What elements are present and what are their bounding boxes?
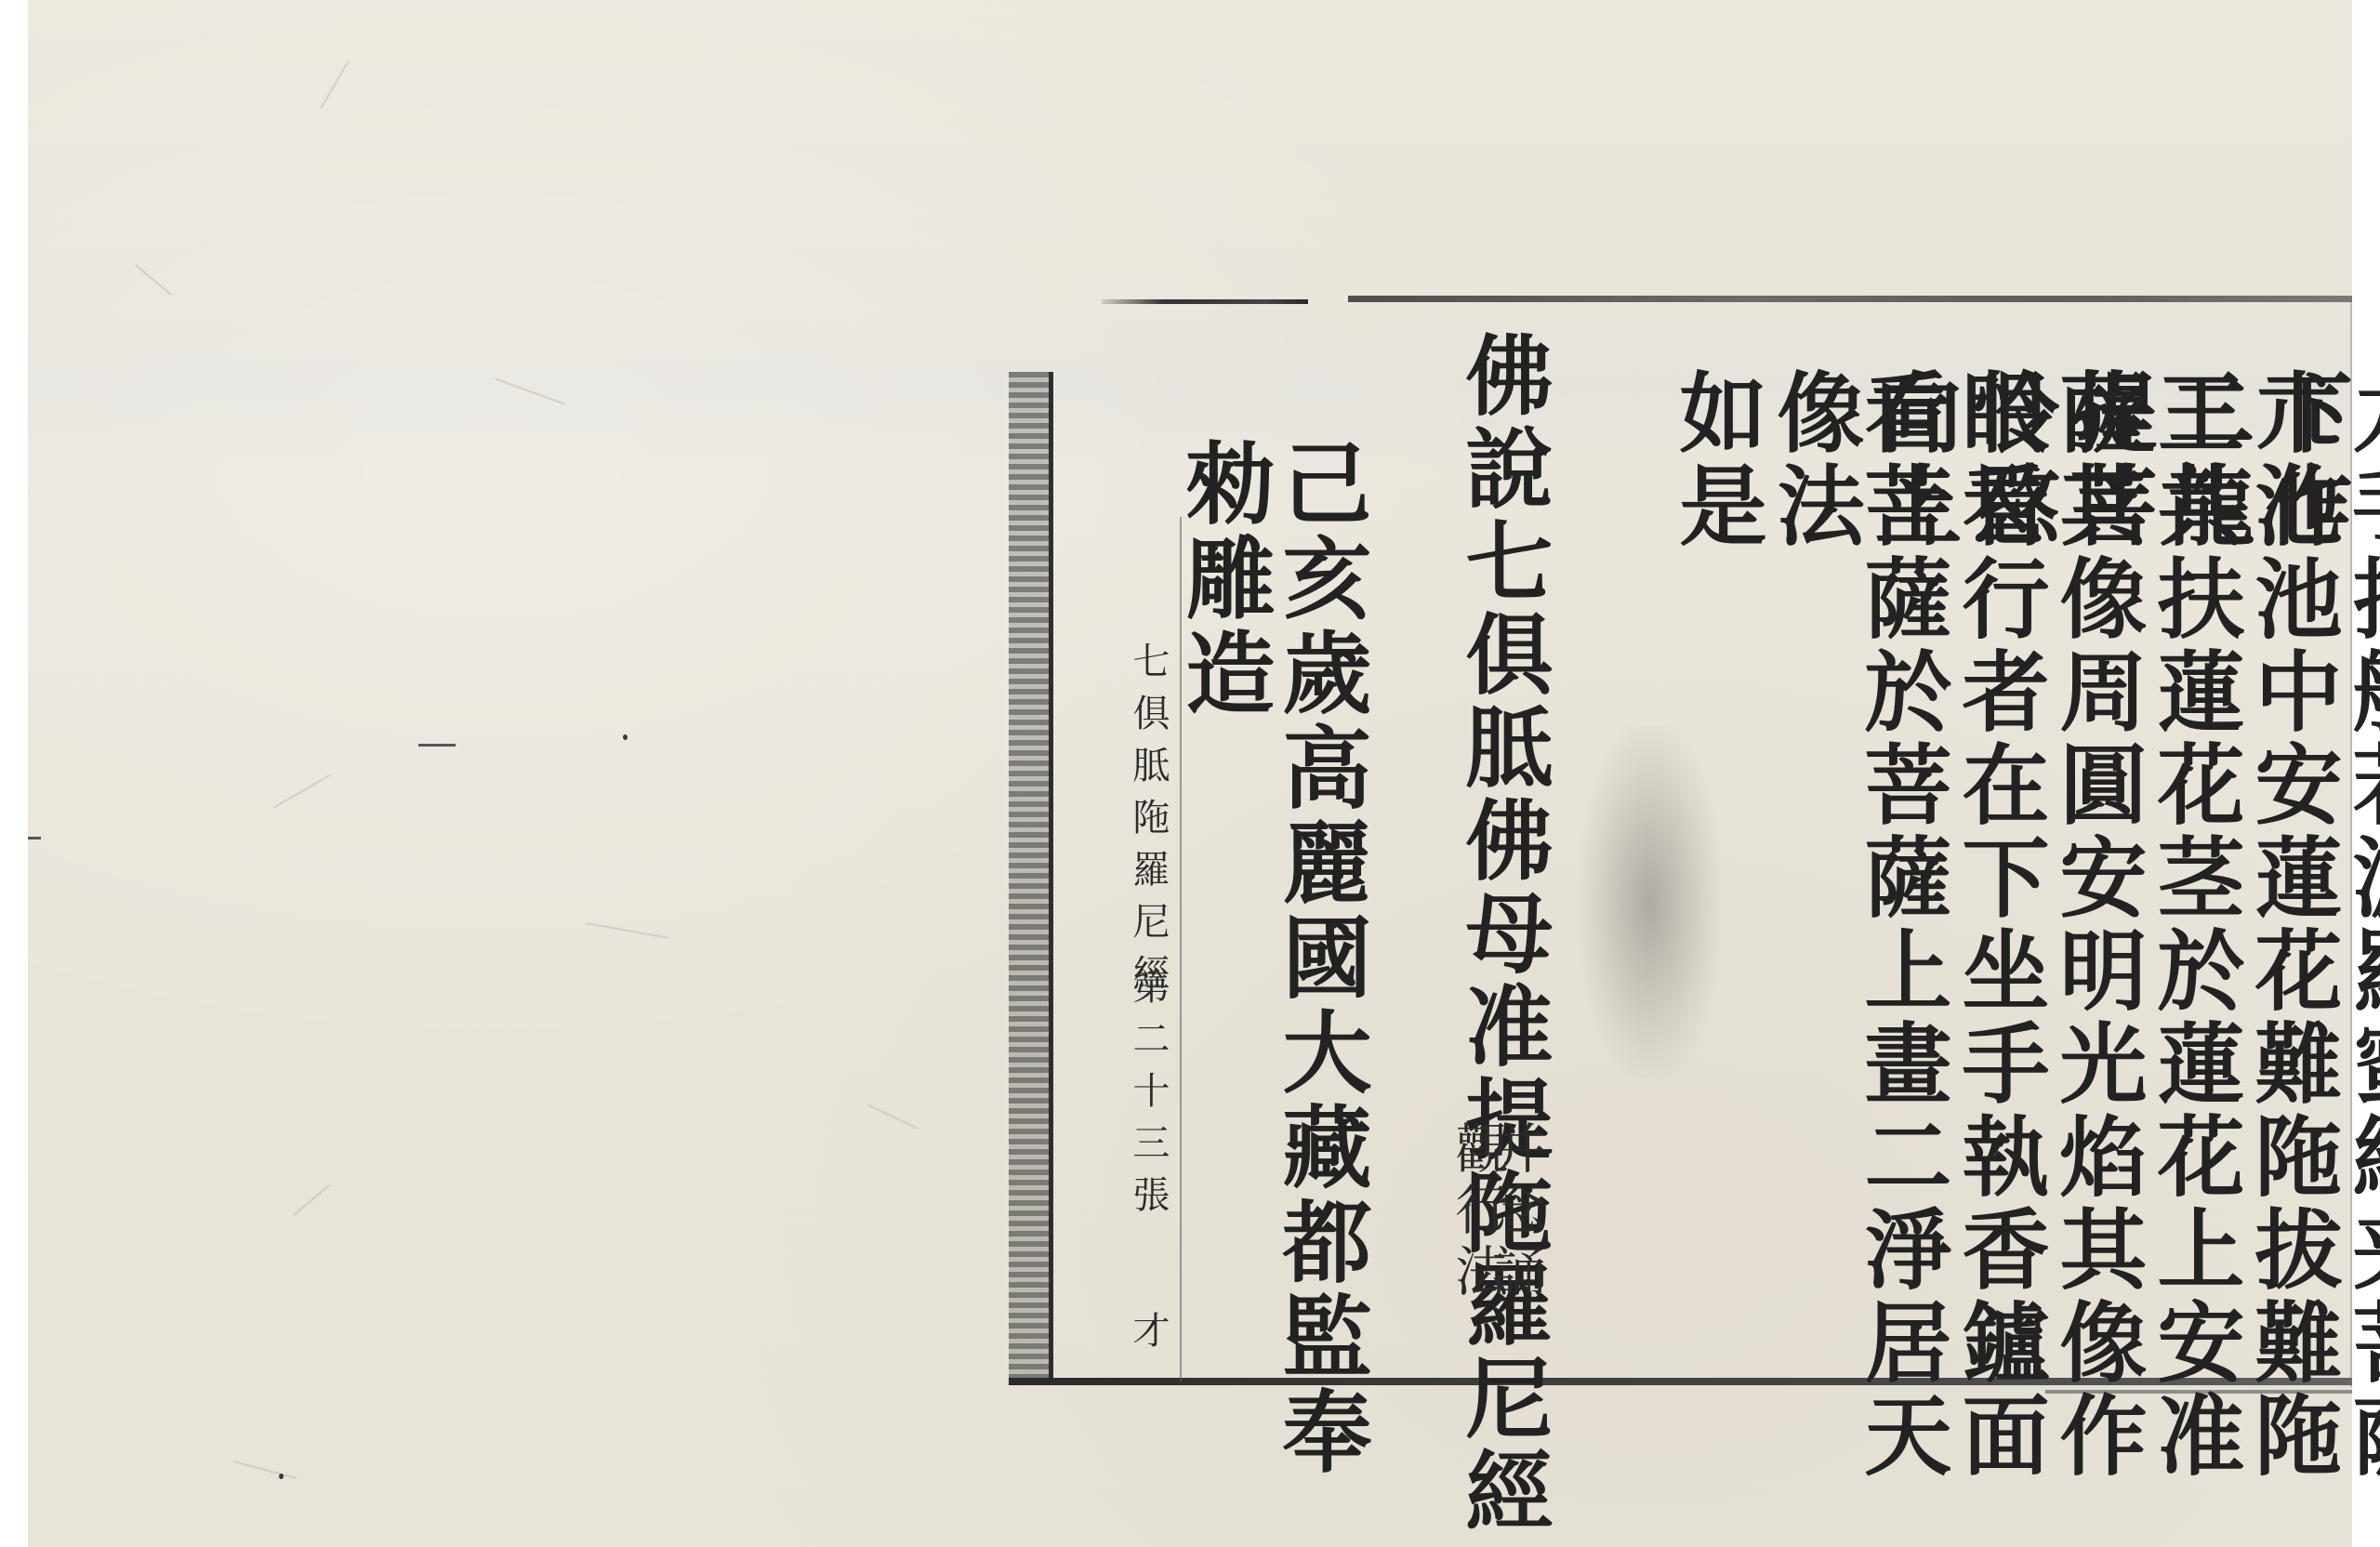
text-column-6: 看菩薩於菩薩上畫二淨居天像法 <box>1769 367 1944 1547</box>
ink-smudge <box>1580 725 1720 1078</box>
margin-sutra-title: 七俱胝陁羅尼經 <box>1130 641 1167 1006</box>
ink-mark <box>418 744 456 747</box>
ink-mark <box>28 837 41 840</box>
paper-fiber <box>233 1461 297 1479</box>
block-top-border-left <box>1102 299 1308 304</box>
colophon-line-2: 勑雕造 <box>1179 437 1268 721</box>
colophon-line-1: 己亥歲高麗國大藏都監奉 <box>1276 437 1365 1480</box>
block-left-edge <box>1049 372 1053 1385</box>
paper-fiber <box>866 1104 918 1129</box>
margin-volume-mark: 才 <box>1130 1311 1167 1363</box>
paper-fiber <box>273 774 331 809</box>
closing-sutra-title: 佛說七俱胝佛母准提陁羅尼經 <box>1458 330 1545 1539</box>
paper-fiber <box>135 264 172 296</box>
ink-speck <box>623 734 628 740</box>
paper-fiber <box>587 922 669 939</box>
paper-fiber <box>320 60 350 110</box>
block-left-border <box>1009 372 1053 1385</box>
margin-page-number: 第二十三張 <box>1130 967 1167 1227</box>
paper-fiber <box>495 377 565 404</box>
ink-speck <box>279 1474 284 1479</box>
text-column-7: 如是 <box>1672 367 1759 553</box>
block-top-border-right <box>1348 296 2352 302</box>
closing-title-note-left: 觀行法 <box>1450 1120 1504 1304</box>
paper-fiber <box>293 1184 330 1216</box>
